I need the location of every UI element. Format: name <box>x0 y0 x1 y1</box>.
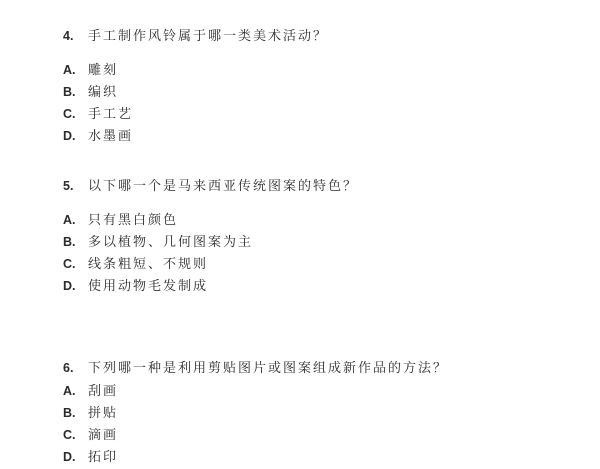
option-text: 多以植物、几何图案为主 <box>88 231 253 253</box>
question-block-5: 5. 以下哪一个是马来西亚传统图案的特色？ A. 只有黑白颜色 B. 多以植物、… <box>63 175 580 297</box>
option-text: 滴画 <box>88 424 118 446</box>
option-row-d: D. 水墨画 <box>63 125 580 147</box>
option-row-d: D. 使用动物毛发制成 <box>63 275 580 297</box>
option-label: C. <box>63 253 88 275</box>
option-label: D. <box>63 125 88 147</box>
option-label: C. <box>63 424 88 446</box>
option-label: A. <box>63 59 88 81</box>
option-text: 手工艺 <box>88 103 133 125</box>
question-number: 4. <box>63 25 88 47</box>
option-text: 拓印 <box>88 446 118 468</box>
option-label: B. <box>63 231 88 253</box>
option-text: 使用动物毛发制成 <box>88 275 208 297</box>
option-row-b: B. 拼贴 <box>63 402 580 424</box>
option-label: B. <box>63 81 88 103</box>
option-label: A. <box>63 209 88 231</box>
question-row: 5. 以下哪一个是马来西亚传统图案的特色？ <box>63 175 580 197</box>
option-text: 水墨画 <box>88 125 133 147</box>
question-row: 4. 手工制作风铃属于哪一类美术活动？ <box>63 25 580 47</box>
question-number: 6. <box>63 357 88 379</box>
options-list: A. 雕刻 B. 编织 C. 手工艺 D. 水墨画 <box>63 59 580 147</box>
options-list: A. 刮画 B. 拼贴 C. 滴画 D. 拓印 <box>63 380 580 468</box>
option-label: B. <box>63 402 88 424</box>
option-row-d: D. 拓印 <box>63 446 580 468</box>
option-text: 只有黑白颜色 <box>88 209 178 231</box>
option-row-b: B. 编织 <box>63 81 580 103</box>
option-text: 刮画 <box>88 380 118 402</box>
question-text: 手工制作风铃属于哪一类美术活动？ <box>88 25 328 47</box>
option-row-a: A. 刮画 <box>63 380 580 402</box>
option-label: C. <box>63 103 88 125</box>
option-row-a: A. 只有黑白颜色 <box>63 209 580 231</box>
question-text: 以下哪一个是马来西亚传统图案的特色？ <box>88 175 358 197</box>
option-text: 线条粗短、不规则 <box>88 253 208 275</box>
option-row-a: A. 雕刻 <box>63 59 580 81</box>
question-block-6: 6. 下列哪一种是利用剪贴图片或图案组成新作品的方法？ A. 刮画 B. 拼贴 … <box>63 357 580 468</box>
option-text: 雕刻 <box>88 59 118 81</box>
question-block-4: 4. 手工制作风铃属于哪一类美术活动？ A. 雕刻 B. 编织 C. 手工艺 D… <box>63 25 580 147</box>
option-row-c: C. 手工艺 <box>63 103 580 125</box>
options-list: A. 只有黑白颜色 B. 多以植物、几何图案为主 C. 线条粗短、不规则 D. … <box>63 209 580 297</box>
option-text: 编织 <box>88 81 118 103</box>
option-text: 拼贴 <box>88 402 118 424</box>
option-row-b: B. 多以植物、几何图案为主 <box>63 231 580 253</box>
option-label: D. <box>63 275 88 297</box>
option-row-c: C. 滴画 <box>63 424 580 446</box>
question-row: 6. 下列哪一种是利用剪贴图片或图案组成新作品的方法？ <box>63 357 580 379</box>
question-number: 5. <box>63 175 88 197</box>
option-label: D. <box>63 446 88 468</box>
option-row-c: C. 线条粗短、不规则 <box>63 253 580 275</box>
option-label: A. <box>63 380 88 402</box>
quiz-document-page: 4. 手工制作风铃属于哪一类美术活动？ A. 雕刻 B. 编织 C. 手工艺 D… <box>0 0 600 469</box>
question-text: 下列哪一种是利用剪贴图片或图案组成新作品的方法？ <box>88 357 448 379</box>
